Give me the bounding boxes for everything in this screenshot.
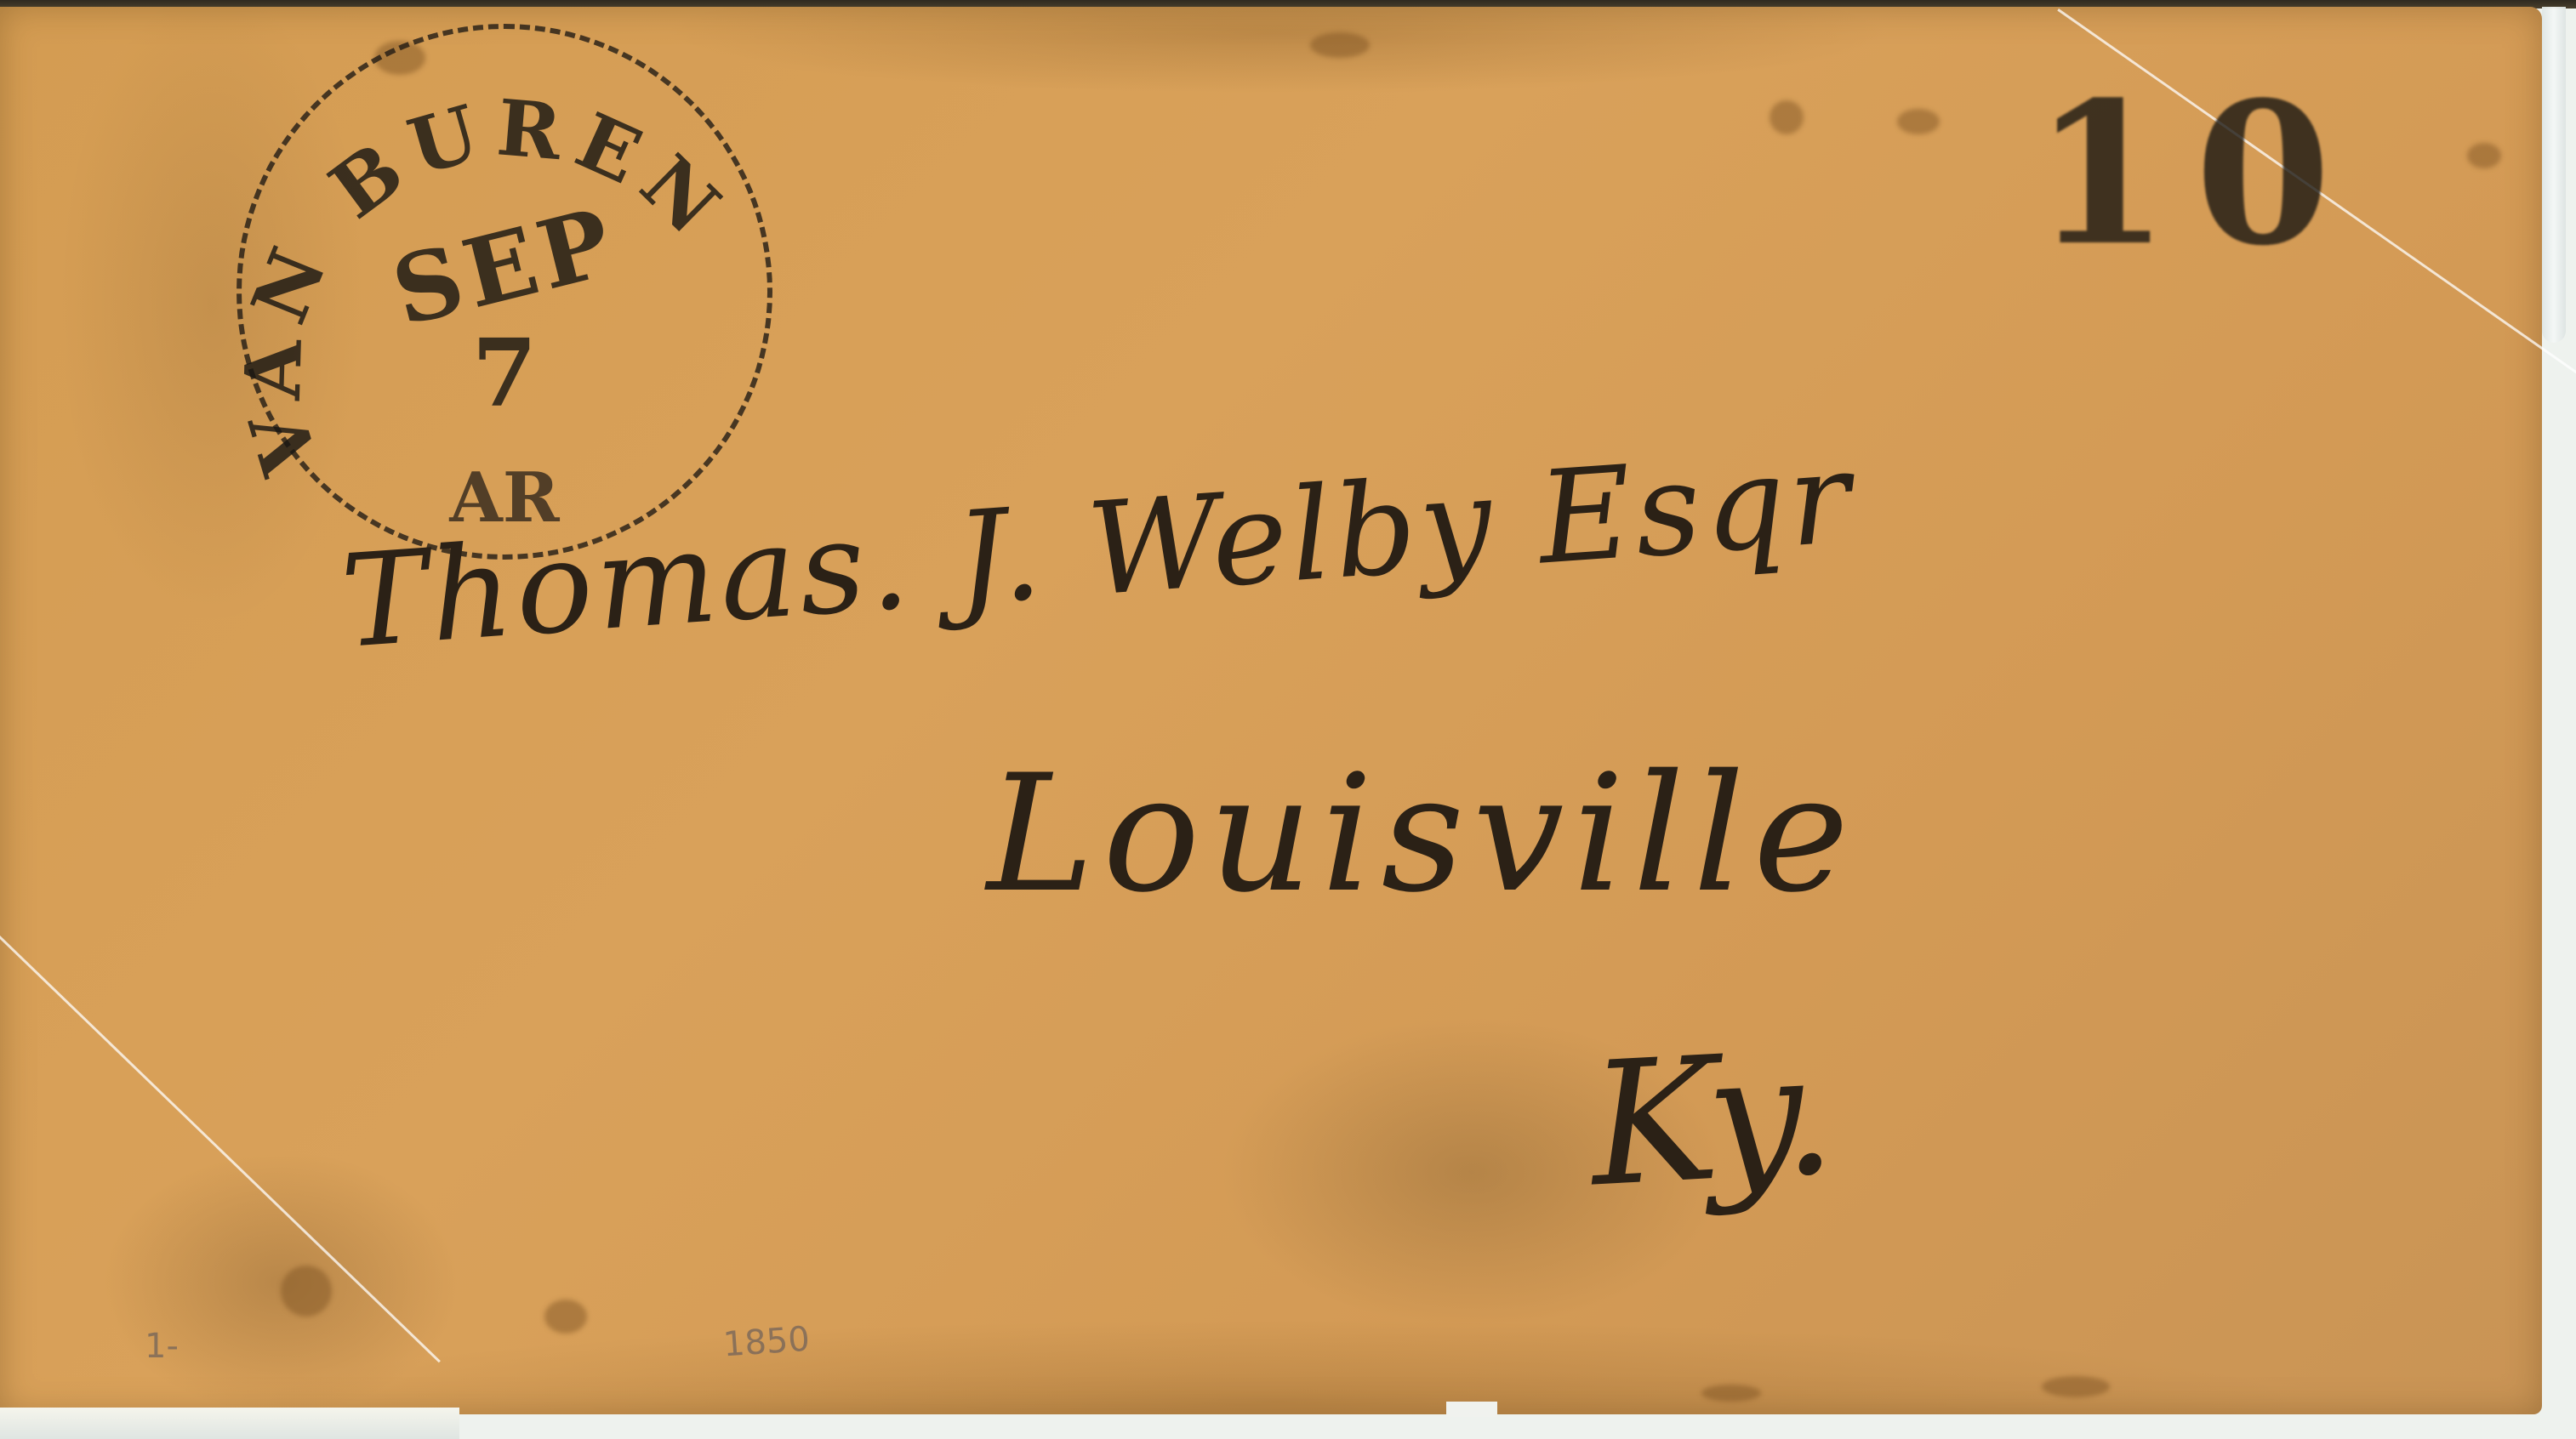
- postmark-day: 7: [242, 318, 767, 428]
- foxing-spot: [281, 1266, 332, 1317]
- plastic-sleeve-edge: [0, 1408, 459, 1439]
- edge-tear: [1446, 1402, 1497, 1417]
- rate-handstamp: 10: [2033, 60, 2357, 289]
- address-city: Louisville: [987, 740, 1857, 928]
- address-state: Ky.: [1586, 1015, 1839, 1226]
- foxing-spot: [544, 1300, 587, 1334]
- plastic-sleeve-edge: [2542, 7, 2566, 343]
- foxing-spot: [1310, 32, 1370, 58]
- circular-datestamp: VAN BUREN AR SEP 7: [237, 24, 772, 560]
- foxing-spot: [1897, 109, 1940, 134]
- foxing-spot: [2467, 143, 2501, 168]
- pencil-year-note: 1850: [722, 1320, 812, 1365]
- foxing-spot: [2042, 1376, 2110, 1397]
- foxing-spot: [1701, 1385, 1761, 1402]
- pencil-mark-note: 1-: [145, 1327, 179, 1366]
- foxing-spot: [1770, 100, 1804, 134]
